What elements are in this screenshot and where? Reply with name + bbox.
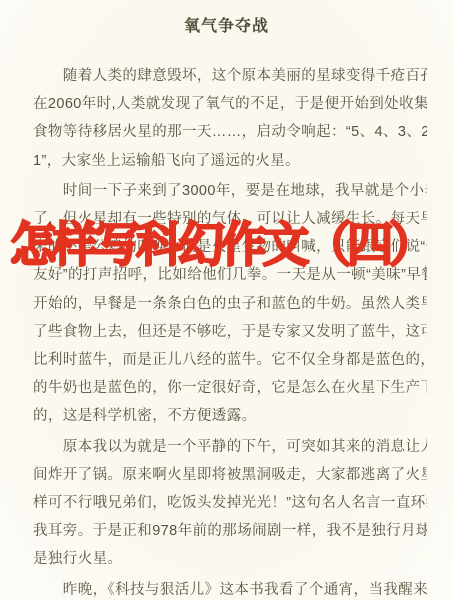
text-line: 食物等待移居火星的那一天……，启动令响起：“5、4、3、2、	[33, 118, 427, 146]
text-line: 时间一下子来到了3000年，要是在地球，我早就是个小老太太	[33, 177, 427, 205]
essay-body: 随着人类的肆意毁坏，这个原本美丽的星球变得千疮百孔。早 在2060年时,人类就发…	[33, 62, 427, 600]
paragraph: 原本我以为就是一个平静的下午，可突如其来的消息让人们瞬 间炸开了锅。原来啊火星即…	[33, 433, 427, 574]
text-line: 随着人类的肆意毁坏，这个原本美丽的星球变得千疮百孔。早	[33, 62, 427, 90]
text-line: 间炸开了锅。原来啊火星即将被黑洞吸走，大家都逃离了火星。这	[33, 461, 427, 489]
text-line: 的，这是科学机密，不方便透露。	[33, 402, 427, 430]
document-page: 氧气争夺战 随着人类的肆意毁坏，这个原本美丽的星球变得千疮百孔。早 在2060年…	[0, 0, 453, 600]
text-line: 开始的，早餐是一条条白色的虫子和蓝色的牛奶。虽然人类早就带	[33, 290, 427, 318]
paragraph: 昨晚，《科技与狠活儿》这本书我看了个通宵，当我醒来之	[33, 576, 427, 600]
text-line: 是独行火星。	[33, 545, 427, 573]
text-line: 样可不行哦兄弟们，吃饭头发掉光光！”这句名人名言一直环绕在	[33, 489, 427, 517]
paragraph: 时间一下子来到了3000年，要是在地球，我早就是个小老太太 了，但火星却有一些特…	[33, 177, 427, 431]
red-watermark-title: 怎样写科幻作文（四）	[10, 219, 444, 271]
text-line: 在2060年时,人类就发现了氧气的不足，于是便开始到处收集氧气与	[33, 90, 427, 118]
text-line: 了些食物上去，但还是不够吃，于是专家又发明了蓝牛，这可不是	[33, 318, 427, 346]
text-line: 1”，大家坐上运输船飞向了遥远的火星。	[33, 147, 427, 175]
paragraph: 随着人类的肆意毁坏，这个原本美丽的星球变得千疮百孔。早 在2060年时,人类就发…	[33, 62, 427, 175]
essay-title: 氧气争夺战	[0, 13, 453, 36]
text-line: 昨晚，《科技与狠活儿》这本书我看了个通宵，当我醒来之	[33, 576, 427, 600]
text-line: 的牛奶也是蓝色的，你一定很好奇，它是怎么在火星下生产下来	[33, 374, 427, 402]
text-line: 原本我以为就是一个平静的下午，可突如其来的消息让人们瞬	[33, 433, 427, 461]
text-line: 比利时蓝牛，而是正儿八经的蓝牛。它不仅全身都是蓝色的，产下	[33, 346, 427, 374]
text-line: 我耳旁。于是正和978年前的那场闹剧一样，我不是独行月球，而	[33, 517, 427, 545]
